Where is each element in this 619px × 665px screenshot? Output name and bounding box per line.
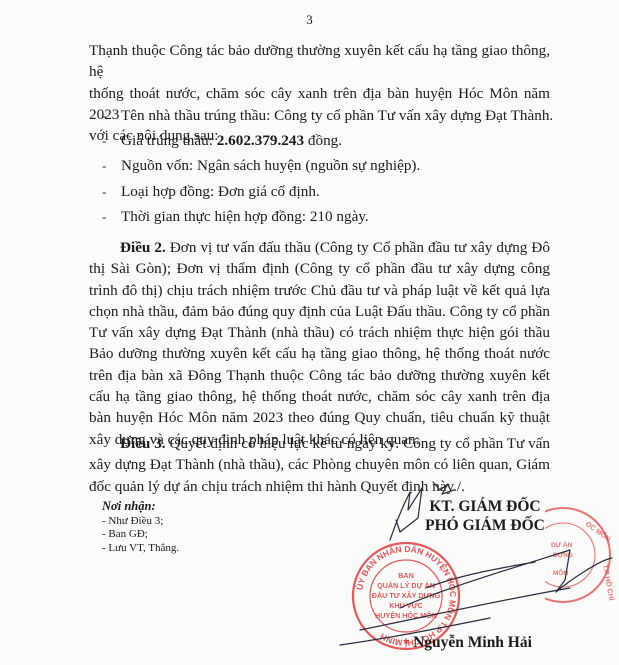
- bid-detail-item: Tên nhà thầu trúng thầu: Công ty cổ phần…: [106, 103, 553, 128]
- article-2-heading: Điều 2.: [120, 239, 166, 256]
- bid-detail-label: Giá trúng thầu:: [121, 132, 217, 149]
- svg-text:HUYỆN HÓC MÔN: HUYỆN HÓC MÔN: [375, 611, 437, 620]
- article-2: Điều 2. Đơn vị tư vấn đấu thầu (Công ty …: [89, 237, 550, 450]
- svg-text:MÔN: MÔN: [553, 568, 568, 577]
- svg-text:KHU VỰC: KHU VỰC: [389, 601, 423, 610]
- signature-title-line1: KT. GIÁM ĐỐC: [400, 497, 570, 516]
- bid-detail-label: Nguồn vốn:: [121, 157, 197, 174]
- recipient-item: - Lưu VT, Thắng.: [102, 542, 179, 556]
- signature-title-block: KT. GIÁM ĐỐC PHÓ GIÁM ĐỐC: [400, 497, 570, 535]
- recipients-block: Nơi nhận: - Như Điều 3; - Ban GĐ; - Lưu …: [102, 500, 179, 555]
- bid-detail-item: Nguồn vốn: Ngân sách huyện (nguồn sự ngh…: [106, 153, 553, 178]
- article-3: Điều 3. Quyết định có hiệu lực kể từ ngà…: [89, 433, 550, 497]
- svg-text:QUẢN LÝ DỰ ÁN: QUẢN LÝ DỰ ÁN: [377, 581, 435, 590]
- svg-text:DỰNG: DỰNG: [553, 552, 573, 559]
- svg-text:ĐẦU TƯ XÂY DỰNG: ĐẦU TƯ XÂY DỰNG: [372, 590, 441, 600]
- article-2-text: Đơn vị tư vấn đấu thầu (Công ty Cổ phần …: [89, 239, 550, 448]
- recipient-item: - Ban GĐ;: [102, 528, 179, 542]
- page-number: 3: [0, 12, 619, 28]
- recipient-item: - Như Điều 3;: [102, 515, 179, 529]
- winning-price: 2.602.379.243: [217, 132, 304, 149]
- bid-details-list: Tên nhà thầu trúng thầu: Công ty cổ phần…: [106, 103, 553, 229]
- bid-detail-value: Đơn giá cố định.: [218, 183, 320, 200]
- currency-unit: đồng.: [304, 132, 342, 149]
- bid-detail-value: Công ty cổ phần Tư vấn xây dựng Đạt Thàn…: [274, 107, 553, 124]
- bid-detail-label: Tên nhà thầu trúng thầu:: [121, 107, 274, 124]
- signature-title-line2: PHÓ GIÁM ĐỐC: [400, 516, 570, 535]
- recipients-heading: Nơi nhận:: [102, 500, 179, 514]
- bid-detail-value: 210 ngày.: [310, 208, 369, 225]
- article-3-heading: Điều 3.: [120, 435, 166, 452]
- bid-detail-item: Giá trúng thầu: 2.602.379.243 đồng.: [106, 128, 553, 153]
- bid-detail-label: Thời gian thực hiện hợp đồng:: [121, 208, 310, 225]
- signer-name: Nguyễn Minh Hải: [400, 634, 545, 652]
- svg-text:T.P HỒ CHÍ: T.P HỒ CHÍ: [601, 564, 617, 603]
- bid-detail-label: Loại hợp đồng:: [121, 183, 218, 200]
- bid-detail-value: Ngân sách huyện (nguồn sự nghiệp).: [197, 157, 420, 174]
- bid-detail-item: Loại hợp đồng: Đơn giá cố định.: [106, 179, 553, 204]
- svg-text:DỰ ÁN: DỰ ÁN: [551, 540, 573, 549]
- svg-text:BAN: BAN: [398, 571, 414, 580]
- intro-line: Thạnh thuộc Công tác bảo dưỡng thường xu…: [89, 40, 550, 83]
- bid-detail-item: Thời gian thực hiện hợp đồng: 210 ngày.: [106, 204, 553, 229]
